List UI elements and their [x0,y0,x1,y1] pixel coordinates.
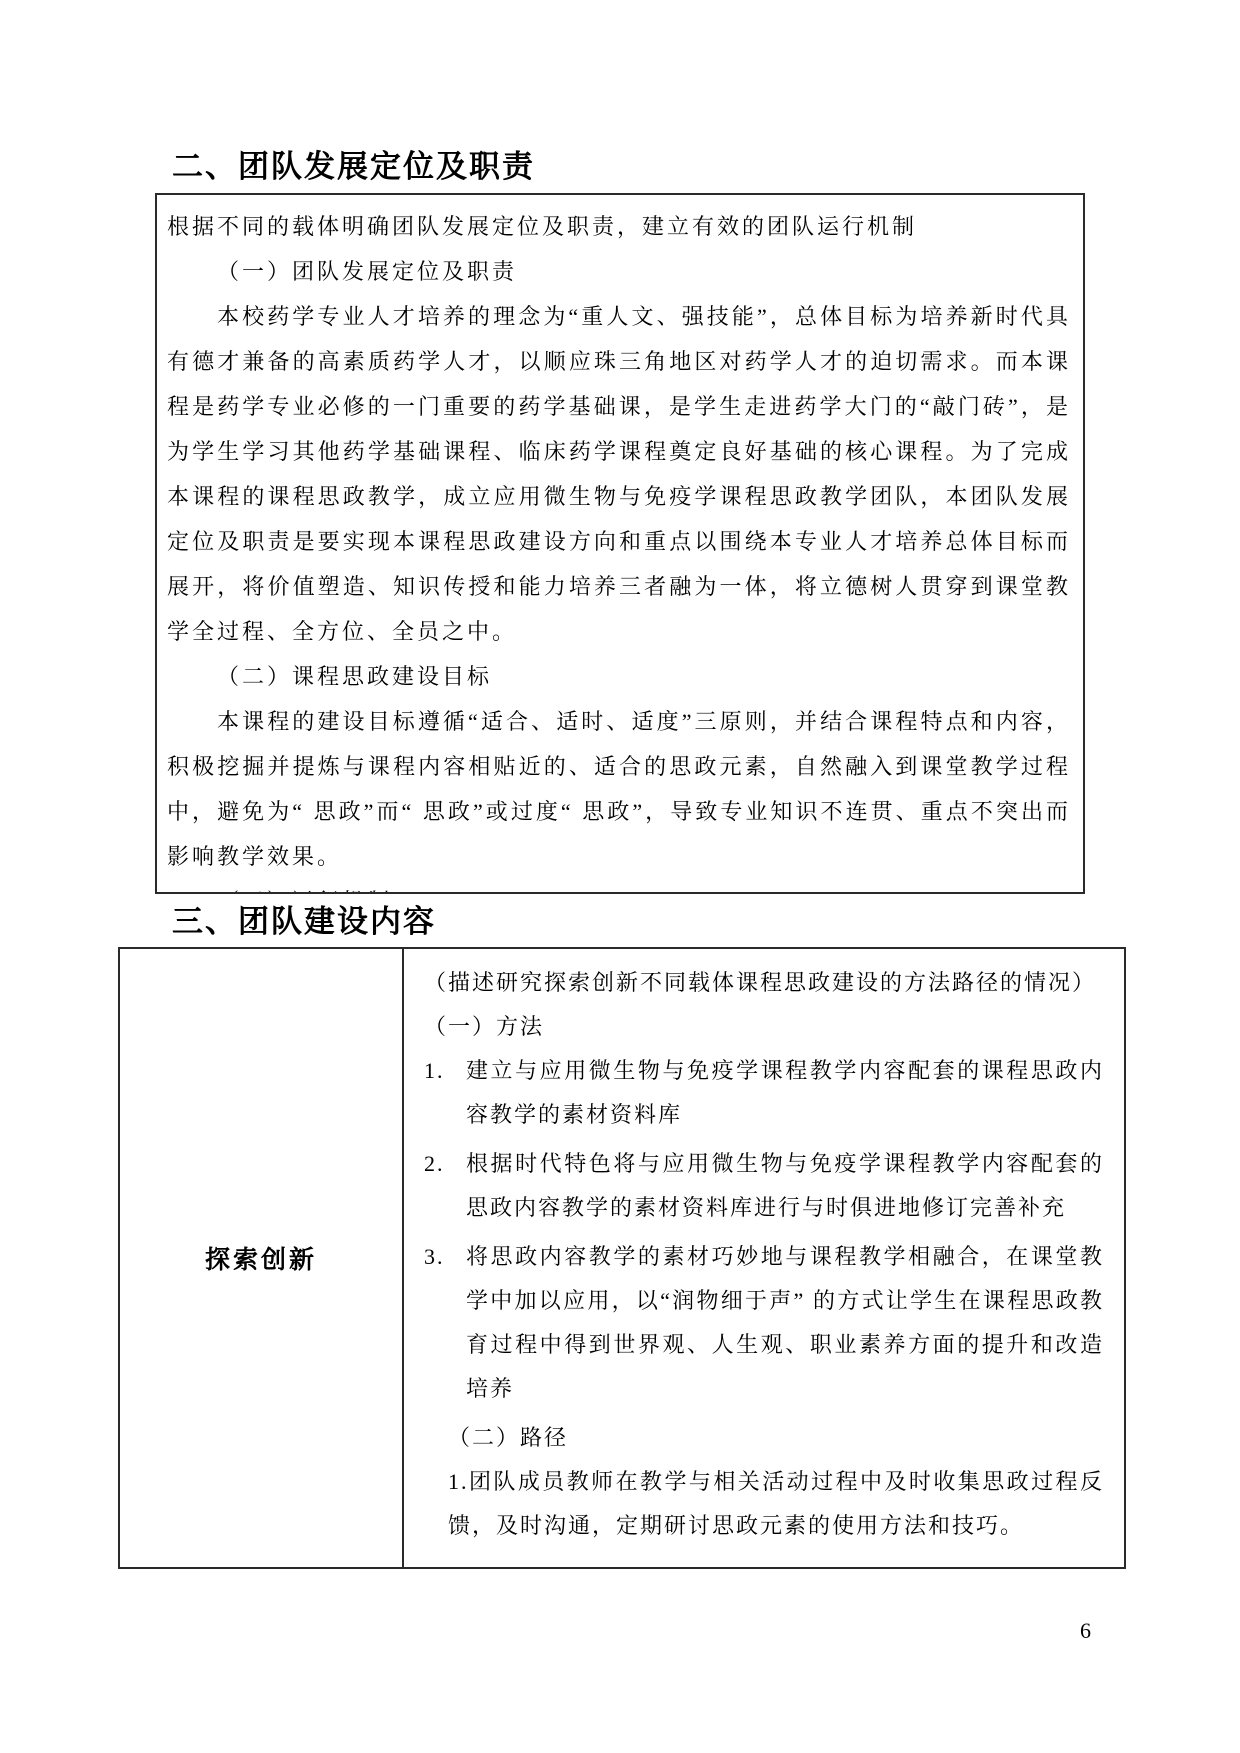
method-item: 3. 将思政内容教学的素材巧妙地与课程教学相融合，在课堂教学中加以应用，以“润物… [424,1235,1104,1411]
section2-intro: 根据不同的载体明确团队发展定位及职责，建立有效的团队运行机制 [167,204,1071,249]
section2-sub3-title: （三）运行机制 [167,879,1071,894]
method-item: 2. 根据时代特色将与应用微生物与免疫学课程教学内容配套的思政内容教学的素材资料… [424,1142,1104,1230]
paths-title: （二）路径 [424,1416,1104,1460]
page-number: 6 [1080,1618,1091,1644]
method-item-text: 建立与应用微生物与免疫学课程教学内容配套的课程思政内容教学的素材资料库 [466,1049,1104,1137]
path-item-text: 1.团队成员教师在教学与相关活动过程中及时收集思政过程反馈，及时沟通，定期研讨思… [424,1460,1104,1548]
cell-intro-note: （描述研究探索创新不同载体课程思政建设的方法路径的情况） [424,961,1104,1005]
document-page: 二、团队发展定位及职责 根据不同的载体明确团队发展定位及职责，建立有效的团队运行… [0,0,1240,1753]
section2-box: 根据不同的载体明确团队发展定位及职责，建立有效的团队运行机制 （一）团队发展定位… [155,193,1085,894]
row-label-explore-innovation: 探索创新 [205,1240,317,1276]
method-item-text: 根据时代特色将与应用微生物与免疫学课程教学内容配套的思政内容教学的素材资料库进行… [466,1142,1104,1230]
method-item-number: 3. [424,1235,466,1411]
section2-sub2-body: 本课程的建设目标遵循“适合、适时、适度”三原则，并结合课程特点和内容，积极挖掘并… [167,699,1071,879]
section2-sub1-body: 本校药学专业人才培养的理念为“重人文、强技能”，总体目标为培养新时代具有德才兼备… [167,294,1071,654]
method-item-number: 1. [424,1049,466,1137]
table-row-header-cell: 探索创新 [120,949,404,1567]
section2-sub1-title: （一）团队发展定位及职责 [167,249,1071,294]
method-item-text: 将思政内容教学的素材巧妙地与课程教学相融合，在课堂教学中加以应用，以“润物细于声… [466,1235,1104,1411]
section2-sub2-title: （二）课程思政建设目标 [167,654,1071,699]
section2-heading: 二、团队发展定位及职责 [172,141,535,186]
methods-title: （一）方法 [424,1005,1104,1049]
method-item: 1. 建立与应用微生物与免疫学课程教学内容配套的课程思政内容教学的素材资料库 [424,1049,1104,1137]
method-item-number: 2. [424,1142,466,1230]
section3-heading: 三、团队建设内容 [172,896,436,941]
section3-table: 探索创新 （描述研究探索创新不同载体课程思政建设的方法路径的情况） （一）方法 … [118,947,1126,1569]
table-content-cell: （描述研究探索创新不同载体课程思政建设的方法路径的情况） （一）方法 1. 建立… [404,949,1124,1567]
